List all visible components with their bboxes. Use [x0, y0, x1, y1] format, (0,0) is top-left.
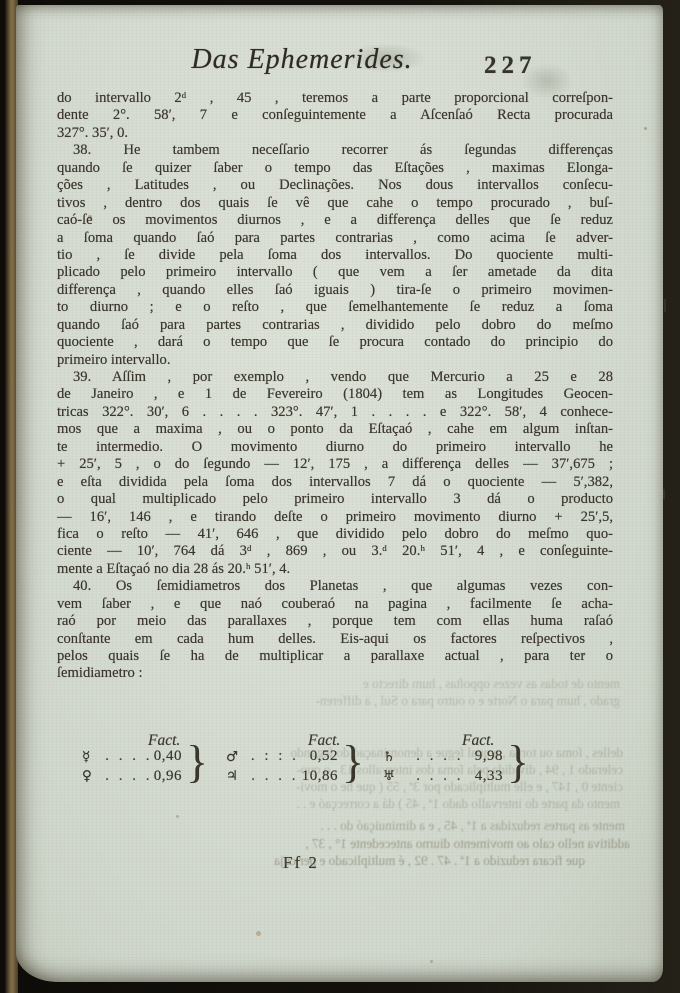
text-line: 40. Os ſemidiametros dos Planetas , que … — [57, 578, 613, 595]
running-head-title: Das Ephemerides. — [57, 44, 547, 76]
text-line: tricas 322°. 30′, 6 . . . . 323°. 47′, 1… — [57, 404, 613, 421]
leader-dots: . . . . — [248, 768, 302, 785]
text-line: primeiro intervallo. — [57, 352, 613, 369]
text-line: to diurno ; e o reſto , que ſemelhanteme… — [57, 299, 613, 316]
mars-symbol-icon: ♂ — [226, 749, 248, 765]
text-line: do intervallo 2ᵈ , 45 , teremos a parte … — [57, 90, 613, 107]
mercury-symbol-icon: ☿ — [82, 749, 104, 765]
foxing-speck — [256, 931, 261, 936]
leader-dots: . . . . — [104, 748, 154, 765]
paragraph: do intervallo 2ᵈ , 45 , teremos a parte … — [57, 90, 613, 142]
factor-value: 9,98 — [475, 748, 503, 765]
paragraph: 38. He tambem neceſſario recorrer ás ſeg… — [57, 142, 613, 369]
text-line: vem ſaber , e que naó couberaó na pagina… — [57, 596, 613, 613]
leader-dots: . . . . — [405, 748, 475, 765]
page-number: 227 — [484, 52, 537, 80]
uranus-symbol-icon: ♅ — [383, 768, 405, 784]
factor-group: ♂. : : .0,52♃. . . .10,86 — [226, 747, 338, 786]
table-brace: } — [342, 740, 364, 784]
text-line: fica o reſto — 41′, 646 , que dividido p… — [57, 526, 613, 543]
foxing-speck — [644, 127, 647, 130]
text-line: quando ſaó para partes contrarias , divi… — [57, 317, 613, 334]
factor-group: ♄. . . .9,98♅. . . .4,33 — [383, 747, 503, 786]
text-line: — 16′, 146 , e tirando deſte o primeiro … — [57, 509, 613, 526]
text-line: + 25′, 5 , o do ſegundo — 12′, 175 , a d… — [57, 456, 613, 473]
text-line: raó por meio das parallaxes , porque tem… — [57, 613, 613, 630]
text-line: a ſoma quando ſaó para partes contrarias… — [57, 230, 613, 247]
factor-value: 0,96 — [154, 768, 182, 785]
factor-value: 0,40 — [154, 748, 182, 765]
factor-value: 10,86 — [302, 768, 338, 785]
leader-dots: . . . . — [104, 768, 154, 785]
text-line: tio , ſe divide pela ſoma dos intervallo… — [57, 247, 613, 264]
text-line: 327°. 35′, 0. — [57, 125, 613, 142]
leader-dots: . . . . — [405, 768, 475, 785]
factor-value: 0,52 — [302, 748, 338, 765]
text-line: caó-ſe os movimentos diurnos , e a diffe… — [57, 212, 613, 229]
text-line: ſemidiametro : — [57, 665, 613, 682]
venus-symbol-icon: ♀ — [82, 768, 104, 784]
text-line: conſtante em cada hum delles. Eis-aqui o… — [57, 631, 613, 648]
text-line: dente 2°. 58′, 7 e conſeguintemente a Aſ… — [57, 107, 613, 124]
foxing-speck — [176, 815, 179, 818]
text-line: quociente , dará o tempo que ſe procura … — [57, 334, 613, 351]
text-line: quando ſe quizer ſaber o tempo das Eſtaç… — [57, 160, 613, 177]
foxing-speck — [430, 960, 433, 963]
text-line: tivos , dentro dos quais ſe vê que cahe … — [57, 195, 613, 212]
leader-dots: . : : . — [248, 748, 302, 765]
table-brace: } — [186, 740, 208, 784]
text-line: mente a Eſtaçaó no dia 28 ás 20.ʰ 51′, 4… — [57, 561, 613, 578]
text-line: mos que a maxima , ou o ponto da Eſtaçaó… — [57, 421, 613, 438]
paragraph: 40. Os ſemidiametros dos Planetas , que … — [57, 578, 613, 683]
edge-mark — [664, 299, 666, 312]
text-line: de Janeiro , e 1 de Fevereiro (1804) tem… — [57, 386, 613, 403]
text-line: differença , quando elles ſaó iguais ) t… — [57, 282, 613, 299]
text-line: o qual multiplicado pelo primeiro interv… — [57, 491, 613, 508]
jupiter-symbol-icon: ♃ — [226, 768, 248, 784]
factor-value: 4,33 — [475, 768, 503, 785]
paragraph: 39. Aſſim , por exemplo , vendo que Merc… — [57, 369, 613, 578]
text-line: plicado pelo primeiro intervallo ( que v… — [57, 264, 613, 281]
text-line: pelos quais ſe ha de multiplicar a paral… — [57, 648, 613, 665]
edge-mark — [663, 489, 665, 499]
text-line: e eſta dividida pela ſoma dos intervallo… — [57, 474, 613, 491]
book-scan: { "page": { "header_title": "Das Ephemer… — [0, 0, 680, 993]
table-brace: } — [507, 740, 529, 784]
text-line: 39. Aſſim , por exemplo , vendo que Merc… — [57, 369, 613, 386]
text-line: te intermedio. O movimento diurno do pri… — [57, 439, 613, 456]
text-line: ciente — 10′, 764 dá 3ᵈ , 869 , ou 3.ᵈ 2… — [57, 543, 613, 560]
text-line: 38. He tambem neceſſario recorrer ás ſeg… — [57, 142, 613, 159]
saturn-symbol-icon: ♄ — [383, 749, 405, 765]
body-text: do intervallo 2ᵈ , 45 , teremos a parte … — [57, 90, 613, 683]
printer-signature: Ff 2 — [283, 853, 319, 873]
factor-group: ☿. . . .0,40♀. . . .0,96 — [82, 747, 182, 786]
text-line: ções , Latitudes , ou Declinações. Nos d… — [57, 177, 613, 194]
